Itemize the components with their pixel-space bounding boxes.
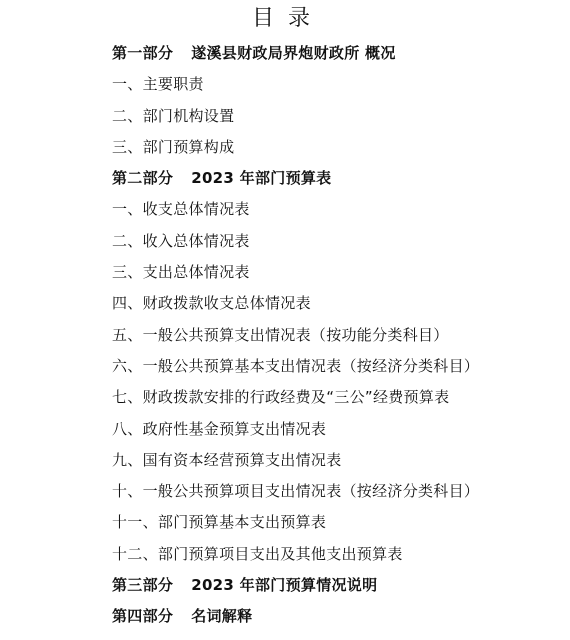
toc-item: 五、一般公共预算支出情况表（按功能分类科目）: [112, 320, 479, 351]
page-title: 目录: [0, 4, 570, 34]
toc-item: 十一、部门预算基本支出预算表: [112, 507, 479, 538]
part-title: 遂溪县财政局界炮财政所 概况: [191, 44, 395, 62]
toc-item: 二、收入总体情况表: [112, 226, 479, 257]
toc-item: 六、一般公共预算基本支出情况表（按经济分类科目）: [112, 351, 479, 382]
toc-item: 三、支出总体情况表: [112, 257, 479, 288]
toc-item: 八、政府性基金预算支出情况表: [112, 414, 479, 445]
toc-item: 十、一般公共预算项目支出情况表（按经济分类科目）: [112, 476, 479, 507]
toc-item: 九、国有资本经营预算支出情况表: [112, 445, 479, 476]
toc-part-1: 第一部分遂溪县财政局界炮财政所 概况: [112, 38, 479, 69]
toc-item: 十二、部门预算项目支出及其他支出预算表: [112, 539, 479, 570]
part-label: 第一部分: [112, 38, 173, 69]
part-title: 名词解释: [191, 607, 252, 625]
toc-item: 七、财政拨款安排的行政经费及“三公”经费预算表: [112, 382, 479, 413]
toc-part-3: 第三部分2023 年部门预算情况说明: [112, 570, 479, 601]
toc-item: 一、主要职责: [112, 69, 479, 100]
table-of-contents: 第一部分遂溪县财政局界炮财政所 概况 一、主要职责 二、部门机构设置 三、部门预…: [112, 38, 479, 633]
part-title: 2023 年部门预算表: [191, 169, 331, 187]
toc-part-4: 第四部分名词解释: [112, 601, 479, 632]
toc-item: 一、收支总体情况表: [112, 194, 479, 225]
part-label: 第四部分: [112, 601, 173, 632]
part-label: 第三部分: [112, 570, 173, 601]
toc-item: 四、财政拨款收支总体情况表: [112, 288, 479, 319]
toc-item: 二、部门机构设置: [112, 101, 479, 132]
part-label: 第二部分: [112, 163, 173, 194]
toc-part-2: 第二部分2023 年部门预算表: [112, 163, 479, 194]
toc-item: 三、部门预算构成: [112, 132, 479, 163]
part-title: 2023 年部门预算情况说明: [191, 576, 377, 594]
